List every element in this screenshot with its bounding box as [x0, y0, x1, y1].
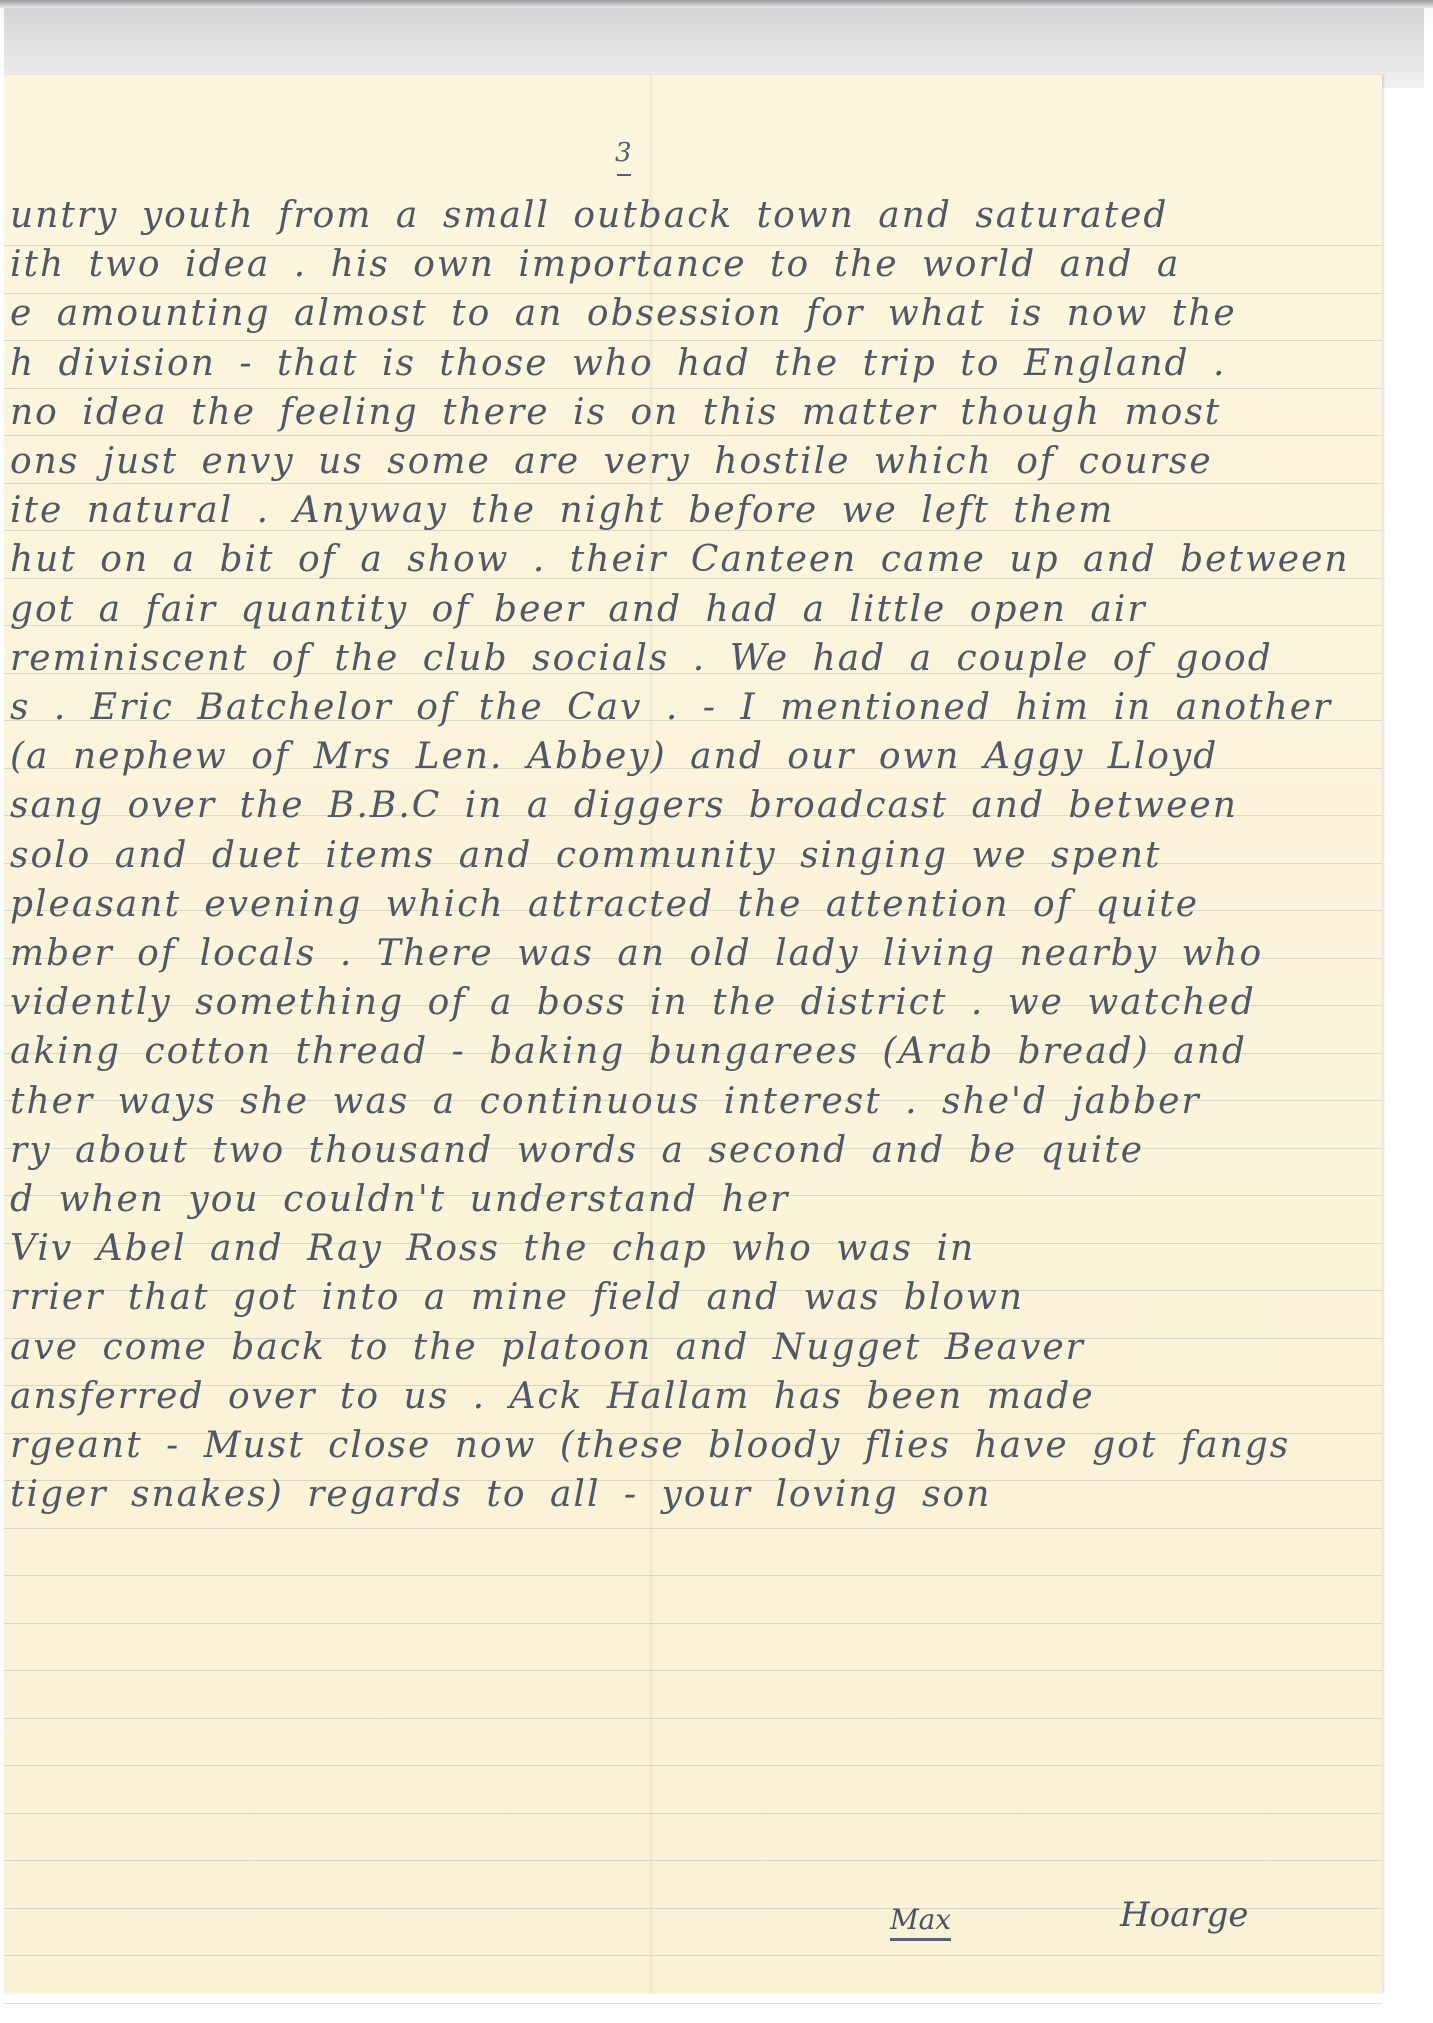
handwritten-line: pleasant evening which attracted the att… [10, 884, 1199, 925]
ruled-line [4, 340, 1382, 341]
ruled-line [4, 388, 1382, 389]
ruled-line [4, 435, 1382, 436]
ruled-line [4, 1670, 1382, 1671]
handwritten-line: Viv Abel and Ray Ross the chap who was i… [10, 1228, 975, 1269]
ruled-line [4, 1765, 1382, 1766]
handwritten-line: sang over the B.B.C in a diggers broadca… [10, 785, 1238, 826]
handwritten-line: ry about two thousand words a second and… [10, 1130, 1144, 1171]
handwritten-line: h division - that is those who had the t… [10, 343, 1226, 384]
handwritten-line: ave come back to the platoon and Nugget … [10, 1327, 1085, 1368]
handwritten-line: tiger snakes) regards to all - your lovi… [10, 1474, 991, 1515]
handwritten-line: e amounting almost to an obsession for w… [10, 293, 1237, 334]
handwritten-line: ith two idea . his own importance to the… [10, 244, 1180, 285]
ruled-line [4, 2003, 1382, 2004]
ruled-line [4, 1718, 1382, 1719]
handwritten-line: got a fair quantity of beer and had a li… [10, 589, 1147, 630]
ruled-line [4, 1860, 1382, 1861]
handwritten-line: ansferred over to us . Ack Hallam has be… [10, 1376, 1095, 1417]
signature-first-name: Max [890, 1903, 951, 1941]
handwritten-line: rgeant - Must close now (these bloody fl… [10, 1425, 1290, 1466]
handwritten-line: no idea the feeling there is on this mat… [10, 392, 1221, 433]
handwritten-line: untry youth from a small outback town an… [10, 195, 1168, 236]
handwritten-line: s . Eric Batchelor of the Cav . - I ment… [10, 687, 1332, 728]
scanner-edge [0, 0, 1433, 8]
handwritten-line: ther ways she was a continuous interest … [10, 1081, 1201, 1122]
handwritten-line: vidently something of a boss in the dist… [10, 982, 1256, 1023]
ruled-line [4, 1528, 1382, 1529]
handwritten-line: rrier that got into a mine field and was… [10, 1277, 1024, 1318]
ruled-line [4, 1955, 1382, 1956]
ruled-line [4, 483, 1382, 484]
signature-surname: Hoarge [1120, 1895, 1249, 1935]
handwritten-line: aking cotton thread - baking bungarees (… [10, 1031, 1247, 1072]
handwritten-line: hut on a bit of a show . their Canteen c… [10, 539, 1350, 580]
ruled-line [4, 1623, 1382, 1624]
handwritten-line: solo and duet items and community singin… [10, 835, 1162, 876]
handwritten-line: ons just envy us some are very hostile w… [10, 441, 1213, 482]
handwritten-line: d when you couldn't understand her [10, 1179, 789, 1220]
handwritten-line: (a nephew of Mrs Len. Abbey) and our own… [10, 736, 1218, 777]
handwritten-line: mber of locals . There was an old lady l… [10, 933, 1263, 974]
handwritten-line: ite natural . Anyway the night before we… [10, 490, 1114, 531]
handwritten-line: reminiscent of the club socials . We had… [10, 638, 1273, 679]
ruled-line [4, 1575, 1382, 1576]
ruled-line [4, 1813, 1382, 1814]
page-number: 3 [615, 138, 632, 168]
